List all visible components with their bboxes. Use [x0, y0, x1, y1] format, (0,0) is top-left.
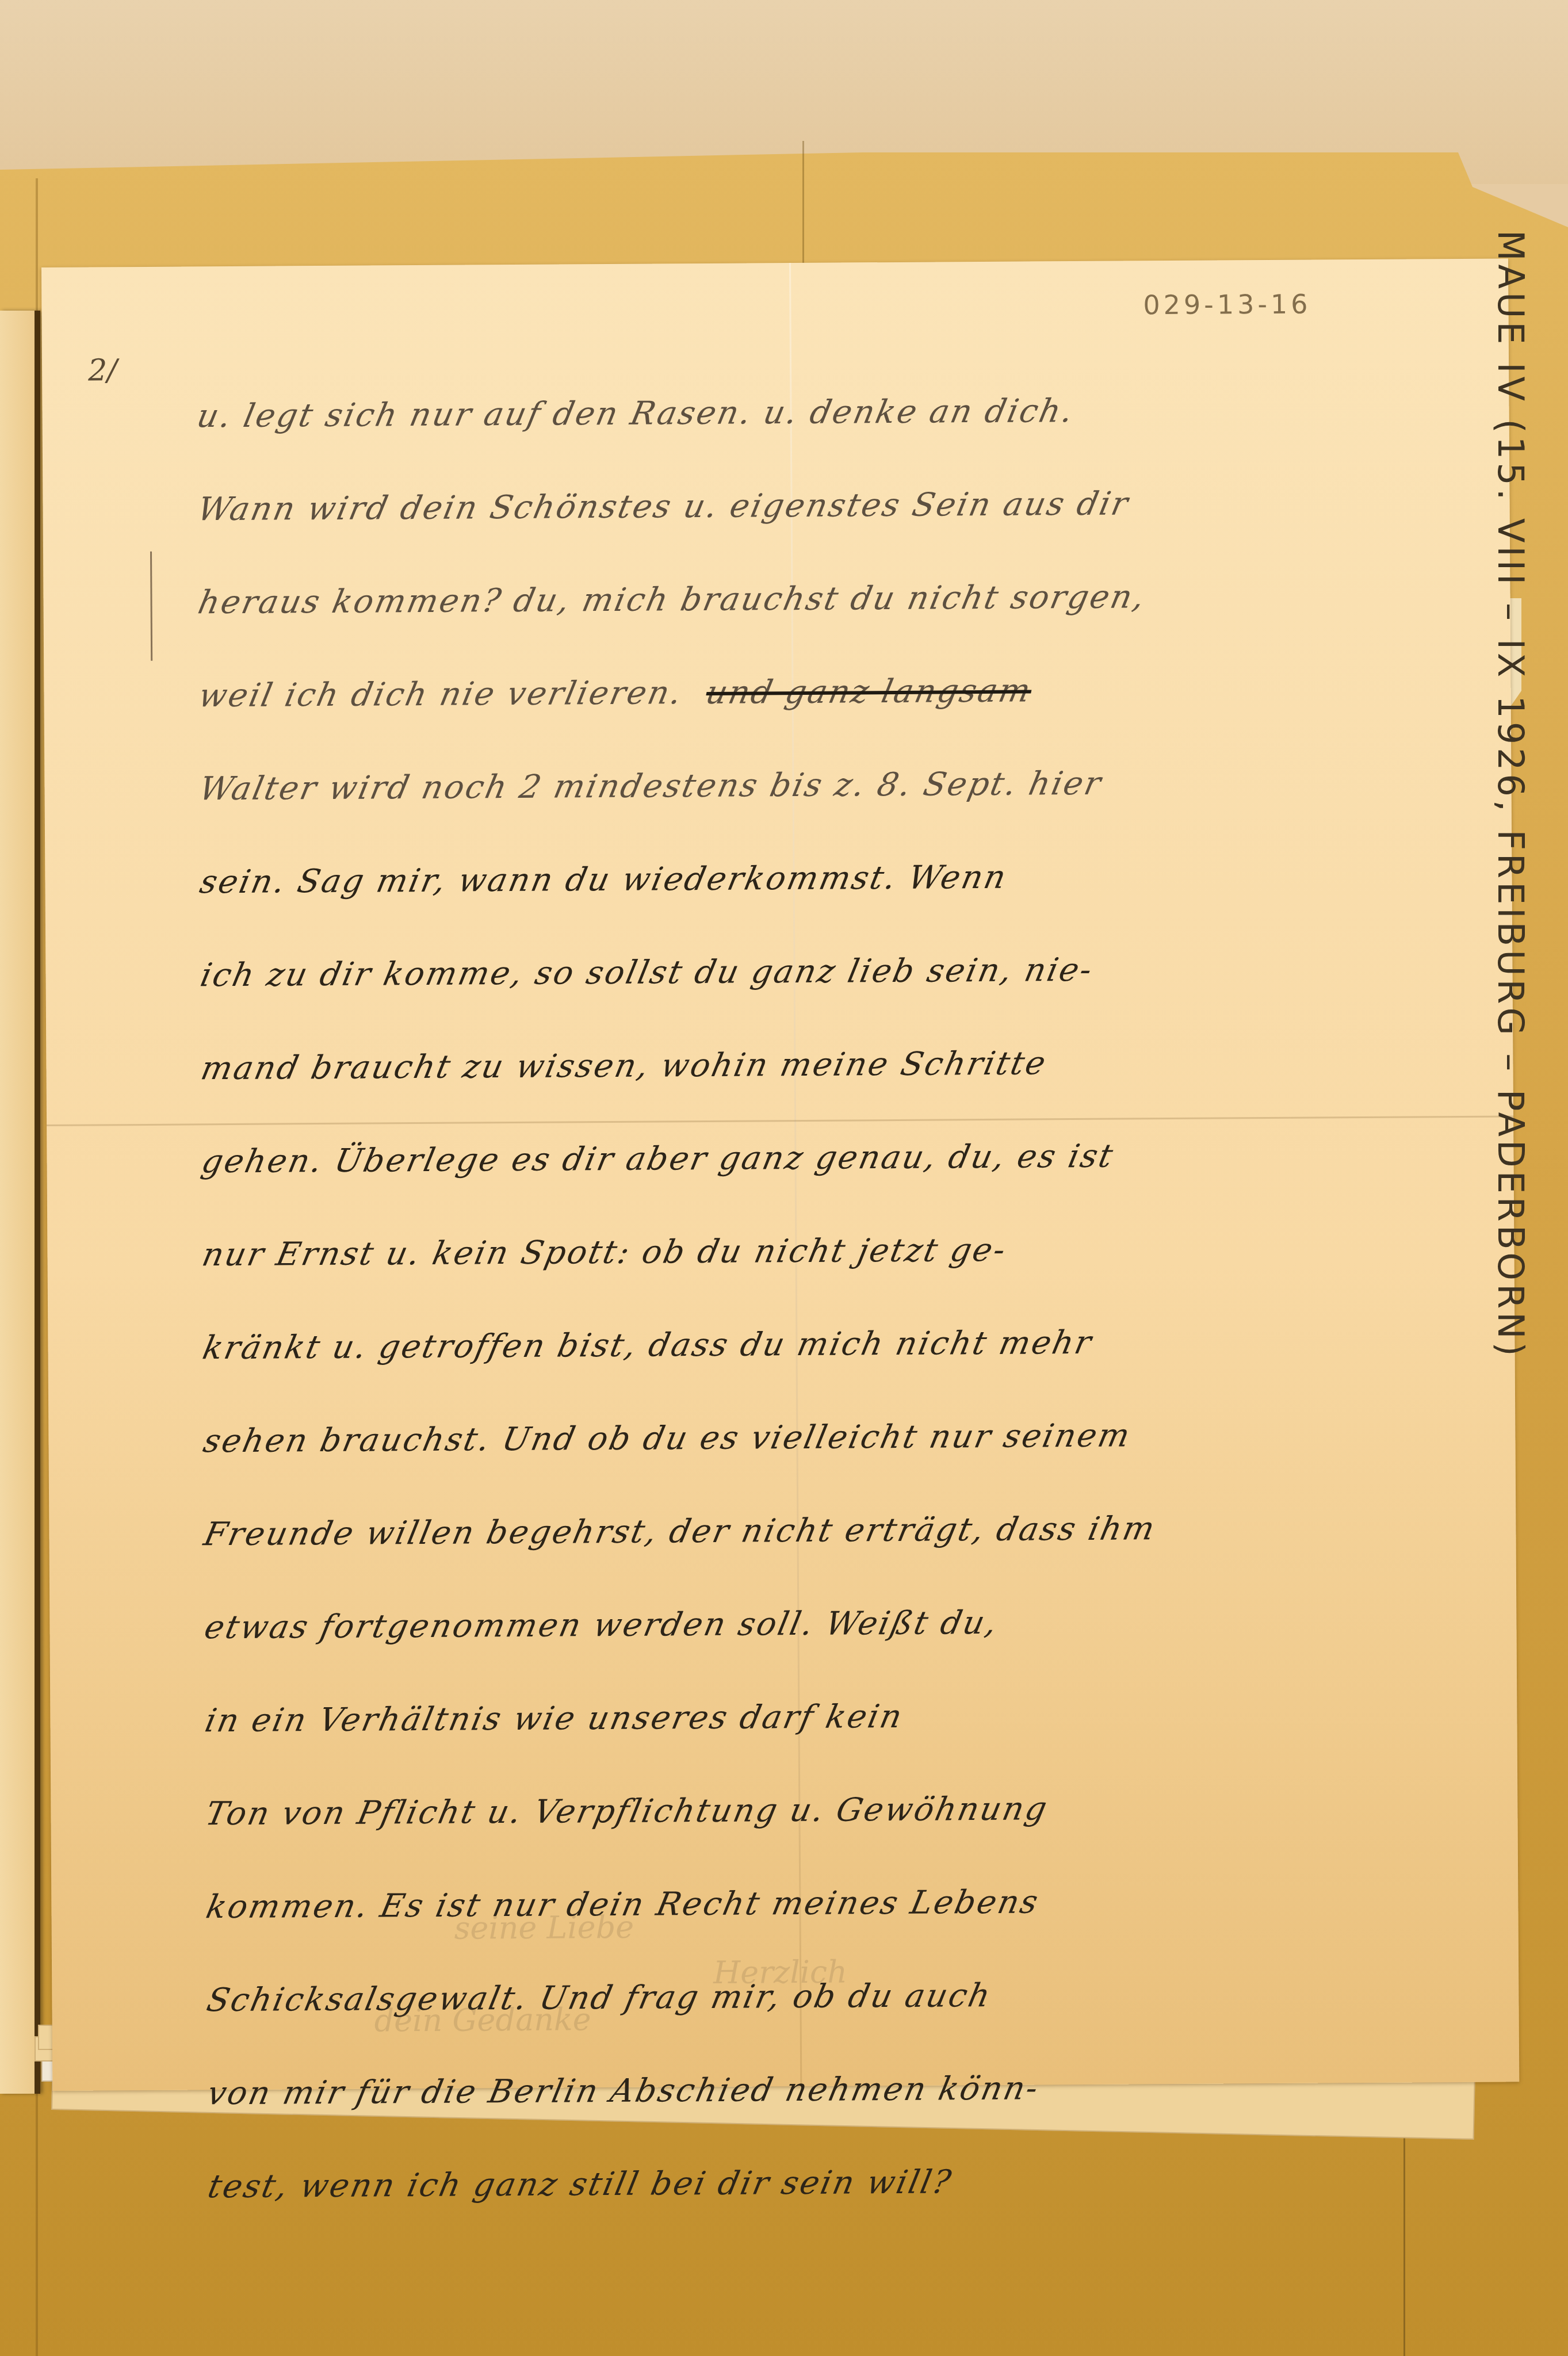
- letter-line: kränkt u. getroffen bist, dass du mich n…: [194, 1294, 1467, 1395]
- page-marker: 2/: [88, 353, 117, 388]
- letter-line: sehen brauchst. Und ob du es vielleicht …: [194, 1387, 1467, 1489]
- letter-line: in ein Verhältnis wie unseres darf kein: [196, 1667, 1469, 1768]
- letter-line: kommen. Es ist nur dein Recht meines Leb…: [197, 1853, 1470, 1955]
- letter-page: 029-13-16 2/ u. legt sich nur auf den Ra…: [41, 258, 1519, 2091]
- letter-line: Walter wird noch 2 mindestens bis z. 8. …: [190, 735, 1463, 836]
- bleed-through-text: Herzlich: [713, 1953, 847, 1990]
- letter-line: Freunde willen begehrst, der nicht erträ…: [195, 1481, 1468, 1582]
- bleed-through-text: seine Liebe: [454, 1909, 634, 1946]
- struck-through-text: und ganz langsam: [703, 672, 1035, 712]
- letter-line: sein. Sag mir, wann du wiederkommst. Wen…: [191, 828, 1464, 930]
- letter-line: heraus kommen? du, mich brauchst du nich…: [189, 549, 1462, 650]
- margin-bracket: [150, 552, 152, 661]
- letter-line: nur Ernst u. kein Spott: ob du nicht jet…: [193, 1201, 1466, 1302]
- adjacent-document-stack: [0, 311, 40, 2094]
- letter-body: u. legt sich nur auf den Rasen. u. denke…: [197, 362, 1463, 2233]
- letter-line: von mir für die Berlin Abschied nehmen k…: [198, 2040, 1471, 2141]
- letter-line: mand braucht zu wissen, wohin meine Schr…: [192, 1015, 1465, 1116]
- letter-line: etwas fortgenommen werden soll. Weißt du…: [196, 1574, 1468, 1675]
- letter-line: Wann wird dein Schönstes u. eigenstes Se…: [189, 456, 1462, 557]
- bleed-through-text: dein Gedanke: [374, 2001, 591, 2038]
- archive-number: 029-13-16: [1143, 289, 1311, 321]
- letter-line: Ton von Pflicht u. Verpflichtung u. Gewö…: [197, 1760, 1470, 1861]
- letter-line: gehen. Überlege es dir aber ganz genau, …: [193, 1108, 1466, 1209]
- letter-line-text: weil ich dich nie verlieren.: [196, 674, 686, 714]
- letter-line: ich zu dir komme, so sollst du ganz lieb…: [192, 921, 1464, 1023]
- folder-annotation: MAUE IV (15. VIII – IX 1926, FREIBURG – …: [1490, 230, 1532, 1360]
- letter-line: test, wenn ich ganz still bei dir sein w…: [199, 2133, 1472, 2234]
- letter-line: u. legt sich nur auf den Rasen. u. denke…: [188, 362, 1461, 464]
- archive-photo-scene: 029-13-16 2/ u. legt sich nur auf den Ra…: [0, 0, 1568, 2356]
- letter-line: weil ich dich nie verlieren. und ganz la…: [190, 642, 1463, 743]
